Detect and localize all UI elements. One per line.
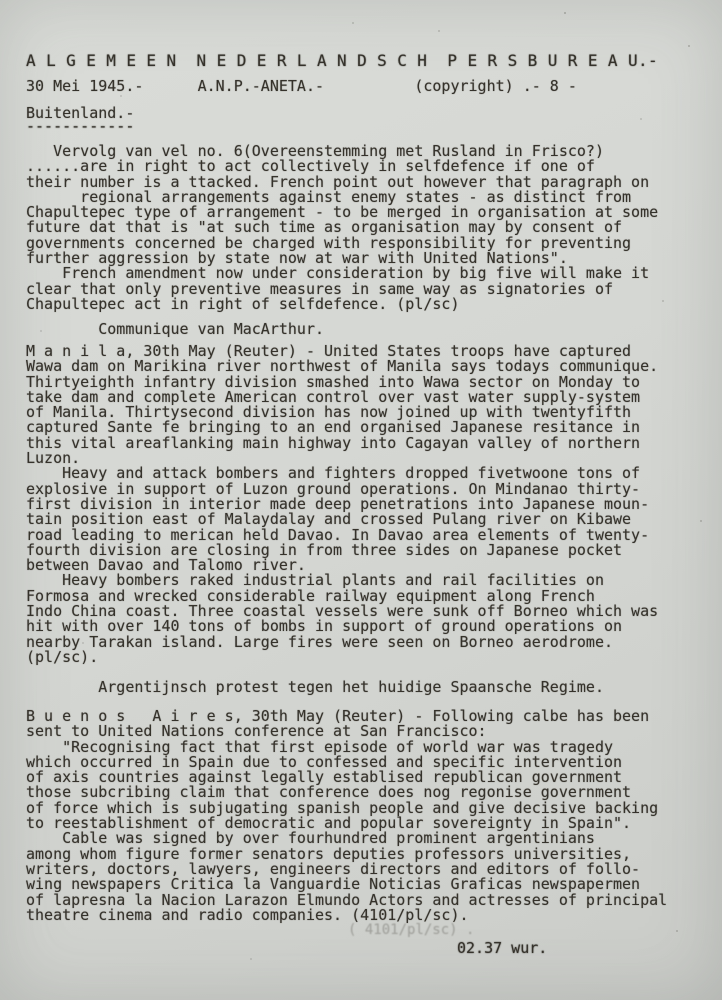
paper-speckles: [0, 0, 2, 2]
agency-title: A L G E M E E N N E D E R L A N D S C H …: [26, 52, 658, 70]
paragraph-argentine-protest: B u e n o s A i r e s, 30th May (Reuter)…: [26, 709, 667, 923]
paragraph-frisco-continuation: Vervolg van vel no. 6(Overeenstemming me…: [26, 144, 658, 312]
date-and-copyright-line: 30 Mei 1945.- A.N.P.-ANETA.- (copyright)…: [26, 79, 577, 94]
heading-argentine-protest: Argentijnsch protest tegen het huidige S…: [26, 680, 604, 695]
timestamp: 02.37 wur.: [457, 941, 547, 956]
heading-macarthur-communique: Communique van MacArthur.: [26, 322, 324, 337]
paragraph-macarthur-communique: M a n i l a, 30th May (Reuter) - United …: [26, 344, 658, 665]
ghost-offset-text: ( 4101/pl/sc) .: [348, 923, 474, 938]
document-page: A L G E M E E N N E D E R L A N D S C H …: [0, 0, 722, 1000]
section-underline: ------------: [26, 119, 134, 134]
